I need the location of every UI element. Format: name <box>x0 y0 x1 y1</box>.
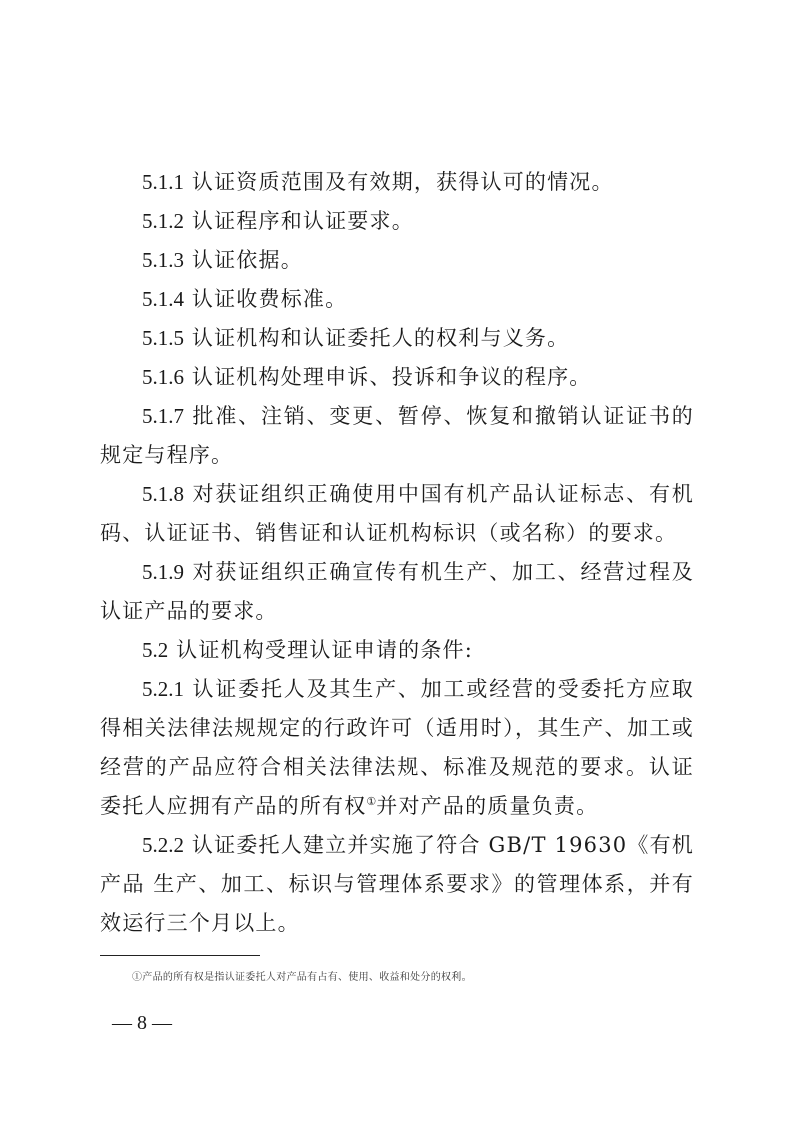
paragraph-5-1-7: 5.1.7 批准、注销、变更、暂停、恢复和撤销认证证书的规定与程序。 <box>100 397 694 475</box>
paragraph-5-1-3: 5.1.3 认证依据。 <box>100 241 694 280</box>
paragraph-5-2-1: 5.2.1 认证委托人及其生产、加工或经营的受委托方应取得相关法律法规规定的行政… <box>100 670 694 826</box>
clause-number: 5.1.9 <box>142 560 184 584</box>
document-page: 5.1.1 认证资质范围及有效期，获得认可的情况。 5.1.2 认证程序和认证要… <box>0 0 794 1123</box>
clause-number: 5.1.2 <box>142 209 184 233</box>
clause-number: 5.1.6 <box>142 365 184 389</box>
clause-text: 认证收费标准。 <box>192 287 347 311</box>
clause-text: 对获证组织正确使用中国有机产品认证标志、有机码、认证证书、销售证和认证机构标识（… <box>100 482 694 545</box>
clause-text: 对获证组织正确宣传有机生产、加工、经营过程及认证产品的要求。 <box>100 560 694 623</box>
clause-number: 5.1.5 <box>142 326 184 350</box>
footnote: ①产品的所有权是指认证委托人对产品有占有、使用、收益和处分的权利。 <box>132 970 472 986</box>
paragraph-5-1-1: 5.1.1 认证资质范围及有效期，获得认可的情况。 <box>100 163 694 202</box>
clause-text: 认证委托人建立并实施了符合 GB/T 19630《有机产品 生产、加工、标识与管… <box>100 833 694 935</box>
clause-number: 5.1.4 <box>142 287 184 311</box>
clause-number: 5.1.7 <box>142 404 184 428</box>
clause-number: 5.2.2 <box>142 833 184 857</box>
clause-text: 认证资质范围及有效期，获得认可的情况。 <box>192 170 614 194</box>
paragraph-5-1-5: 5.1.5 认证机构和认证委托人的权利与义务。 <box>100 319 694 358</box>
clause-text: 批准、注销、变更、暂停、恢复和撤销认证证书的规定与程序。 <box>100 404 694 467</box>
paragraph-5-1-9: 5.1.9 对获证组织正确宣传有机生产、加工、经营过程及认证产品的要求。 <box>100 553 694 631</box>
clause-text: 认证依据。 <box>192 248 303 272</box>
paragraph-5-2: 5.2 认证机构受理认证申请的条件: <box>100 631 694 670</box>
clause-number: 5.2.1 <box>142 677 184 701</box>
clause-number: 5.1.3 <box>142 248 184 272</box>
clause-text: 认证机构处理申诉、投诉和争议的程序。 <box>192 365 592 389</box>
clause-number: 5.1.1 <box>142 170 184 194</box>
clause-text-continued: 并对产品的质量负责。 <box>376 794 598 818</box>
clause-number: 5.2 <box>142 638 168 662</box>
page-number: — 8 — <box>112 1010 172 1036</box>
footnote-divider <box>100 955 260 956</box>
paragraph-5-1-6: 5.1.6 认证机构处理申诉、投诉和争议的程序。 <box>100 358 694 397</box>
clause-number: 5.1.8 <box>142 482 184 506</box>
footnote-reference[interactable]: ① <box>366 795 376 808</box>
paragraph-5-2-2: 5.2.2 认证委托人建立并实施了符合 GB/T 19630《有机产品 生产、加… <box>100 826 694 943</box>
paragraph-5-1-2: 5.1.2 认证程序和认证要求。 <box>100 202 694 241</box>
clause-text: 认证程序和认证要求。 <box>192 209 414 233</box>
paragraph-5-1-4: 5.1.4 认证收费标准。 <box>100 280 694 319</box>
clause-text: 认证机构和认证委托人的权利与义务。 <box>192 326 569 350</box>
body-text: 5.1.1 认证资质范围及有效期，获得认可的情况。 5.1.2 认证程序和认证要… <box>100 163 694 943</box>
paragraph-5-1-8: 5.1.8 对获证组织正确使用中国有机产品认证标志、有机码、认证证书、销售证和认… <box>100 475 694 553</box>
clause-text: 认证机构受理认证申请的条件: <box>176 638 473 662</box>
